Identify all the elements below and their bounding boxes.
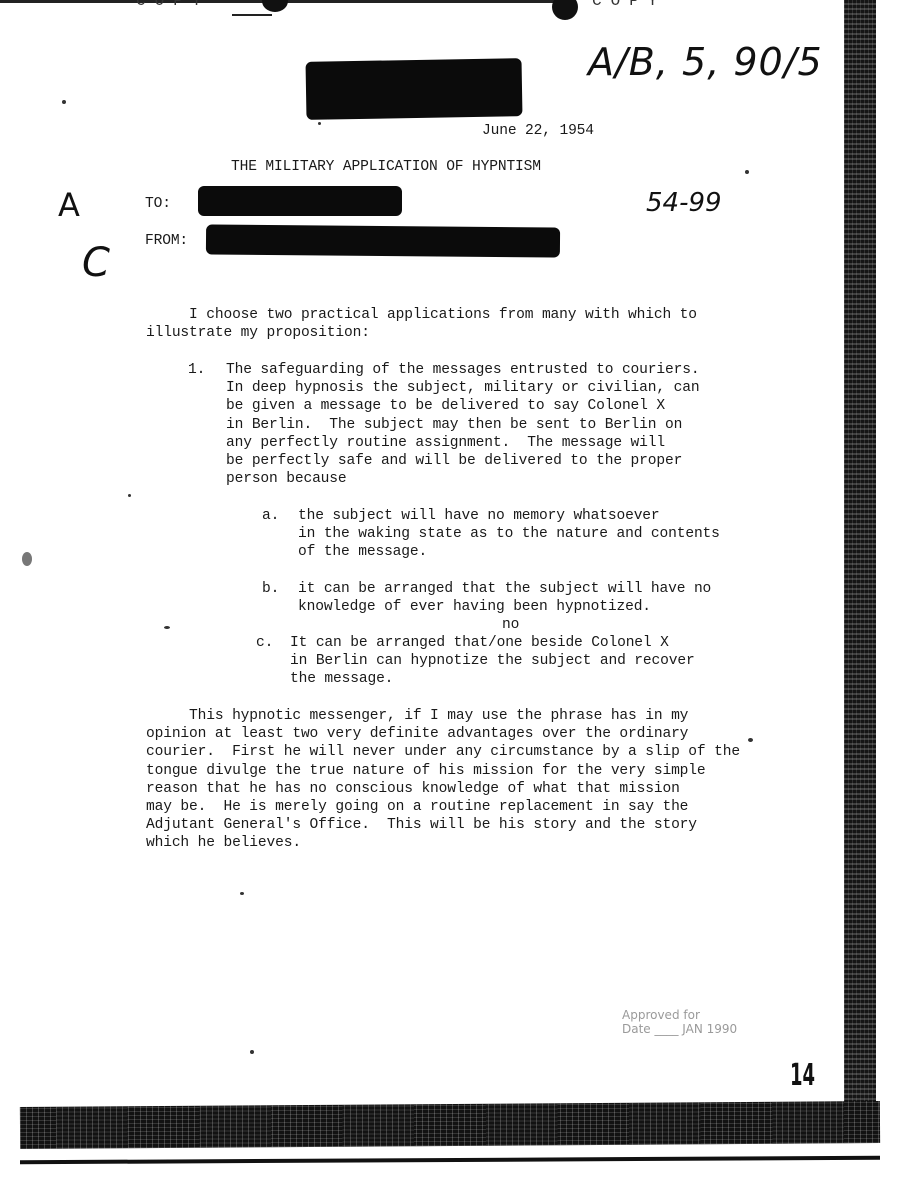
- from-label: FROM:: [145, 232, 188, 250]
- to-label: TO:: [145, 195, 171, 213]
- scan-dash: [232, 14, 272, 16]
- redaction-to: [198, 186, 402, 216]
- text-line: reason that he has no conscious knowledg…: [146, 780, 740, 798]
- margin-mark-c: C: [82, 240, 110, 286]
- text-line: which he believes.: [146, 834, 740, 852]
- text-line: courier. First he will never under any c…: [146, 743, 740, 761]
- text-line: knowledge of ever having been hypnotized…: [298, 598, 711, 616]
- document-title: THE MILITARY APPLICATION OF HYPNTISM: [231, 158, 541, 176]
- scan-right-border: [844, 0, 918, 1110]
- copy-stamp-left: COPY: [136, 0, 210, 10]
- text-line: illustrate my proposition:: [146, 324, 697, 342]
- scan-speck: [748, 738, 753, 742]
- scan-speck: [745, 170, 749, 174]
- approval-stamp: Approved for Date ____ JAN 1990: [622, 1008, 737, 1036]
- text-line: be perfectly safe and will be delivered …: [226, 452, 699, 470]
- redaction-header: [306, 58, 523, 120]
- text-line: of the message.: [298, 543, 720, 561]
- handwritten-number: 54-99: [646, 188, 722, 218]
- text-line: The safeguarding of the messages entrust…: [226, 361, 699, 379]
- text-line: the message.: [290, 670, 695, 688]
- text-line: the subject will have no memory whatsoev…: [298, 507, 720, 525]
- punch-hole-mark: [262, 0, 288, 12]
- intro-paragraph: I choose two practical applications from…: [146, 306, 697, 342]
- scan-bottom-rule: [20, 1156, 880, 1165]
- scan-speck: [318, 122, 321, 125]
- text-line: be given a message to be delivered to sa…: [226, 397, 699, 415]
- scan-speck: [22, 552, 32, 566]
- text-line: I choose two practical applications from…: [146, 306, 697, 324]
- scan-speck: [128, 494, 131, 497]
- scan-bottom-band: [20, 1101, 880, 1149]
- handwritten-reference: A/B, 5, 90/5: [588, 40, 823, 84]
- scan-speck: [240, 892, 244, 895]
- redaction-from: [206, 224, 560, 257]
- subitem-a-text: the subject will have no memory whatsoev…: [298, 507, 720, 562]
- approval-stamp-line: Date ____ JAN 1990: [622, 1022, 737, 1036]
- closing-paragraph: This hypnotic messenger, if I may use th…: [146, 707, 740, 853]
- page-number: 14: [790, 1058, 815, 1093]
- document-date: June 22, 1954: [482, 122, 594, 140]
- subitem-a-marker: a.: [262, 507, 279, 525]
- subitem-b-text: it can be arranged that the subject will…: [298, 580, 711, 616]
- stamp-circle-icon: [552, 0, 578, 20]
- text-line: It can be arranged that/one beside Colon…: [290, 634, 695, 652]
- text-line: in the waking state as to the nature and…: [298, 525, 720, 543]
- scan-speck: [164, 626, 170, 629]
- text-line: tongue divulge the true nature of his mi…: [146, 762, 740, 780]
- text-line: Adjutant General's Office. This will be …: [146, 816, 740, 834]
- text-line: opinion at least two very definite advan…: [146, 725, 740, 743]
- subitem-c-insertion: no: [502, 616, 519, 634]
- scan-speck: [62, 100, 66, 104]
- margin-mark-a: A: [58, 186, 80, 224]
- text-line: This hypnotic messenger, if I may use th…: [146, 707, 740, 725]
- item-1-text: The safeguarding of the messages entrust…: [226, 361, 699, 488]
- text-line: it can be arranged that the subject will…: [298, 580, 711, 598]
- subitem-b-marker: b.: [262, 580, 279, 598]
- copy-stamp-right: COPY: [592, 0, 666, 10]
- text-line: person because: [226, 470, 699, 488]
- subitem-c-text: It can be arranged that/one beside Colon…: [290, 634, 695, 689]
- item-1-marker: 1.: [188, 361, 205, 379]
- text-line: may be. He is merely going on a routine …: [146, 798, 740, 816]
- approval-stamp-line: Approved for: [622, 1008, 737, 1022]
- text-line: In deep hypnosis the subject, military o…: [226, 379, 699, 397]
- subitem-c-marker: c.: [256, 634, 273, 652]
- text-line: any perfectly routine assignment. The me…: [226, 434, 699, 452]
- text-line: in Berlin. The subject may then be sent …: [226, 416, 699, 434]
- scan-speck: [250, 1050, 254, 1054]
- text-line: in Berlin can hypnotize the subject and …: [290, 652, 695, 670]
